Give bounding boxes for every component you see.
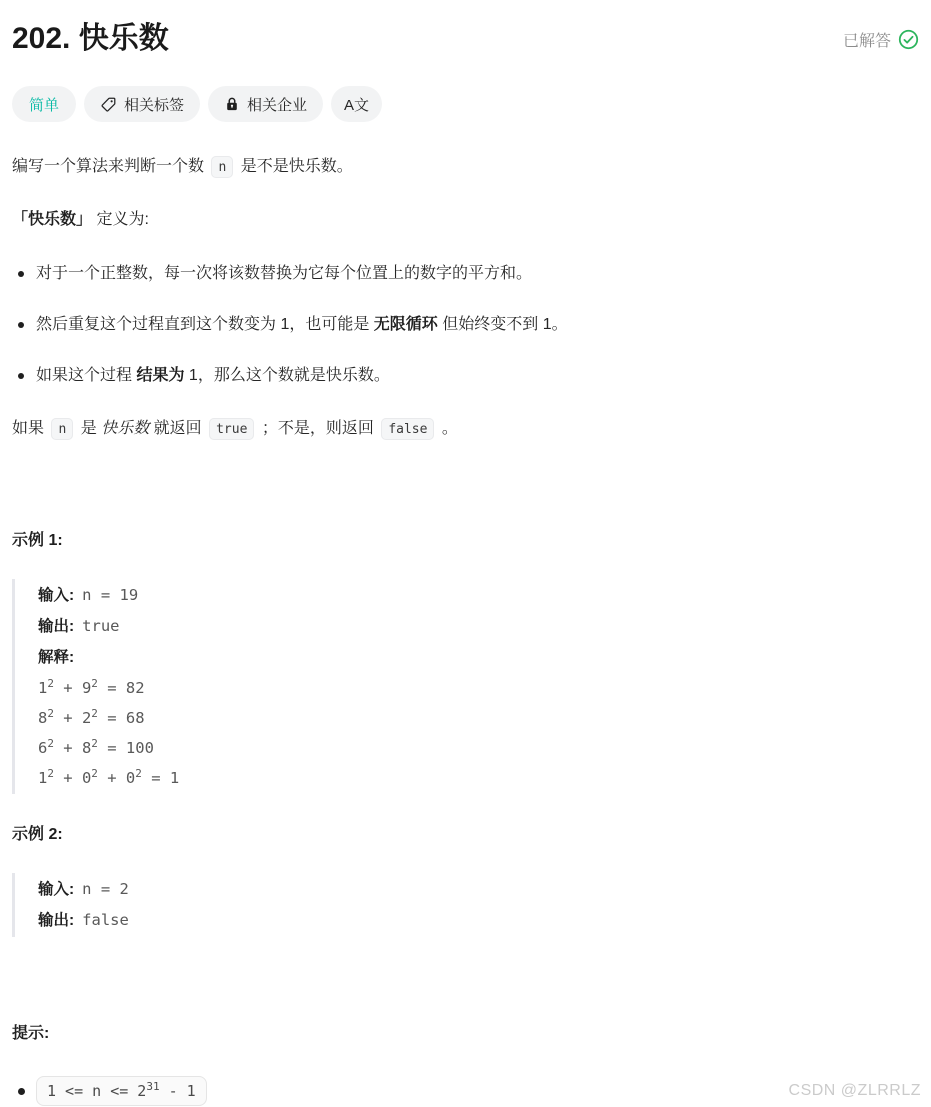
difficulty-label: 简单 [29, 94, 59, 115]
problem-description: 编写一个算法来判断一个数 n 是不是快乐数。 「快乐数」 定义为: 对于一个正整… [12, 154, 919, 1107]
hints-heading: 提示: [12, 1023, 919, 1045]
definition-bullet-3: 如果这个过程 结果为 1，那么这个数就是快乐数。 [12, 363, 919, 389]
io-value: true [82, 617, 119, 635]
description-paragraph-3: 如果 n 是 快乐数 就返回 true ；不是，则返回 false 。 [12, 416, 919, 442]
related-tags-label: 相关标签 [124, 94, 184, 115]
lock-icon [224, 96, 240, 112]
io-value: n = 2 [82, 880, 129, 898]
definition-list: 对于一个正整数，每一次将该数替换为它每个位置上的数字的平方和。 然后重复这个过程… [12, 261, 919, 389]
constraint-list: 1 <= n <= 231 - 1 [12, 1076, 919, 1107]
translate-button[interactable]: A文 [331, 86, 382, 122]
example-1-block: 输入:n = 19 输出:true 解释: 12 + 92 = 82 82 + … [12, 579, 919, 794]
io-label: 输入: [38, 881, 74, 898]
io-label: 输入: [38, 587, 74, 604]
equation-line-1: 12 + 92 = 82 [38, 673, 919, 703]
io-label: 输出: [38, 618, 74, 635]
example-io-line: 输出:false [38, 905, 919, 936]
check-circle-icon [898, 29, 919, 50]
problem-title: 202. 快乐数 [12, 20, 169, 58]
io-label: 输出: [38, 912, 74, 929]
translate-icon: A文 [344, 94, 369, 115]
problem-page: 202. 快乐数 已解答 简单 相关标签 [0, 0, 931, 1107]
equation-line-4: 12 + 02 + 02 = 1 [38, 763, 919, 793]
watermark: CSDN @ZLRRLZ [789, 1082, 921, 1100]
constraint-item: 1 <= n <= 231 - 1 [12, 1076, 919, 1107]
solved-status: 已解答 [843, 28, 919, 51]
example-io-line: 输出:true [38, 611, 919, 642]
equation-line-2: 82 + 22 = 68 [38, 703, 919, 733]
tag-icon [100, 96, 117, 113]
definition-bullet-2: 然后重复这个过程直到这个数变为 1，也可能是 无限循环 但始终变不到 1。 [12, 312, 919, 338]
problem-header: 202. 快乐数 已解答 [12, 20, 919, 58]
definition-bullet-1: 对于一个正整数，每一次将该数替换为它每个位置上的数字的平方和。 [12, 261, 919, 287]
example-1-heading: 示例 1: [12, 530, 919, 552]
io-value: n = 19 [82, 586, 138, 604]
example-2-block: 输入:n = 2 输出:false [12, 873, 919, 937]
description-paragraph-2: 「快乐数」 定义为: [12, 207, 919, 233]
solved-label: 已解答 [843, 28, 891, 51]
example-2-heading: 示例 2: [12, 824, 919, 846]
description-paragraph-1: 编写一个算法来判断一个数 n 是不是快乐数。 [12, 154, 919, 180]
equation-line-3: 62 + 82 = 100 [38, 733, 919, 763]
example-io-line: 解释: [38, 642, 919, 673]
constraint-code: 1 <= n <= 231 - 1 [36, 1076, 207, 1106]
related-companies-button[interactable]: 相关企业 [208, 86, 323, 122]
tag-pills-row: 简单 相关标签 相关企业 A文 [12, 86, 919, 122]
example-io-line: 输入:n = 2 [38, 874, 919, 905]
related-companies-label: 相关企业 [247, 94, 307, 115]
io-value: false [82, 911, 129, 929]
difficulty-badge[interactable]: 简单 [12, 86, 76, 122]
related-tags-button[interactable]: 相关标签 [84, 86, 200, 122]
io-label: 解释: [38, 649, 74, 666]
example-io-line: 输入:n = 19 [38, 580, 919, 611]
